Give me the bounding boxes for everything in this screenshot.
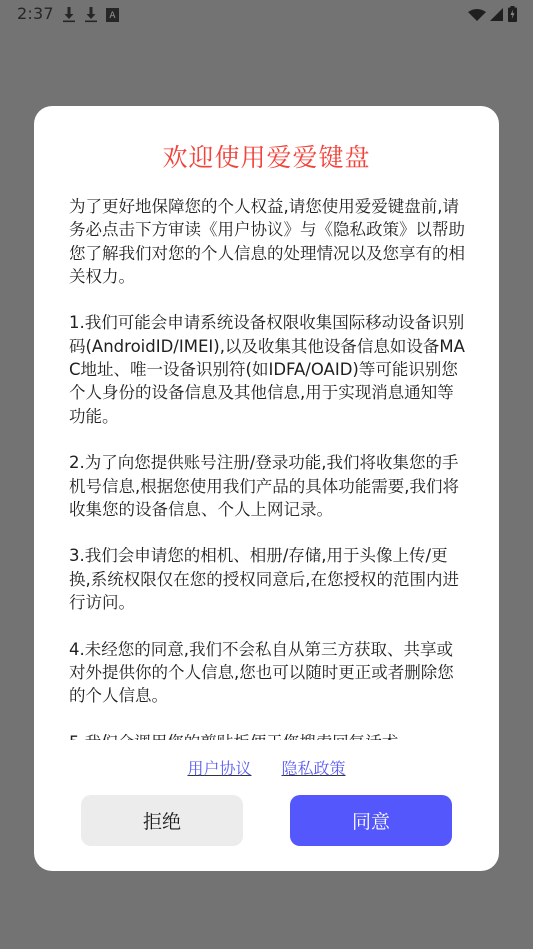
download-icon xyxy=(84,5,98,27)
dialog-title: 欢迎使用爱爱键盘 xyxy=(34,138,499,174)
download-icon xyxy=(62,5,76,27)
privacy-consent-dialog: 欢迎使用爱爱键盘 为了更好地保障您的个人权益,请您使用爱爱键盘前,请务必点击下方… xyxy=(34,106,499,871)
svg-text:A: A xyxy=(109,11,116,21)
policy-item-2: 2.为了向您提供账号注册/登录功能,我们将收集您的手机号信息,根据您使用我们产品… xyxy=(69,451,469,521)
keyboard-a-icon: A xyxy=(106,7,119,26)
policy-item-4: 4.未经您的同意,我们不会私自从第三方获取、共享或对外提供你的个人信息,您也可以… xyxy=(69,638,469,708)
user-agreement-link[interactable]: 用户协议 xyxy=(187,756,251,779)
policy-item-3: 3.我们会申请您的相机、相册/存储,用于头像上传/更换,系统权限仅在您的授权同意… xyxy=(69,544,469,614)
intro-paragraph: 为了更好地保障您的个人权益,请您使用爱爱键盘前,请务必点击下方审读《用户协议》与… xyxy=(69,195,469,288)
status-time: 2:37 xyxy=(17,4,54,23)
battery-charging-icon xyxy=(508,6,517,26)
policy-item-1: 1.我们可能会申请系统设备权限收集国际移动设备识别码(AndroidID/IME… xyxy=(69,311,469,427)
agree-button[interactable]: 同意 xyxy=(290,795,452,846)
system-icons xyxy=(468,6,517,26)
reject-button[interactable]: 拒绝 xyxy=(81,795,243,846)
cell-signal-icon xyxy=(490,7,504,26)
policy-item-5: 5.我们会调用您的剪贴板便于您搜索回复话术。 xyxy=(69,731,469,740)
privacy-policy-link[interactable]: 隐私政策 xyxy=(282,756,346,779)
wifi-icon xyxy=(468,7,486,26)
status-bar: 2:37 A xyxy=(0,0,533,30)
policy-content-scroll[interactable]: 为了更好地保障您的个人权益,请您使用爱爱键盘前,请务必点击下方审读《用户协议》与… xyxy=(69,195,469,740)
notification-icons: A xyxy=(62,5,119,27)
policy-links: 用户协议 隐私政策 xyxy=(34,756,499,779)
